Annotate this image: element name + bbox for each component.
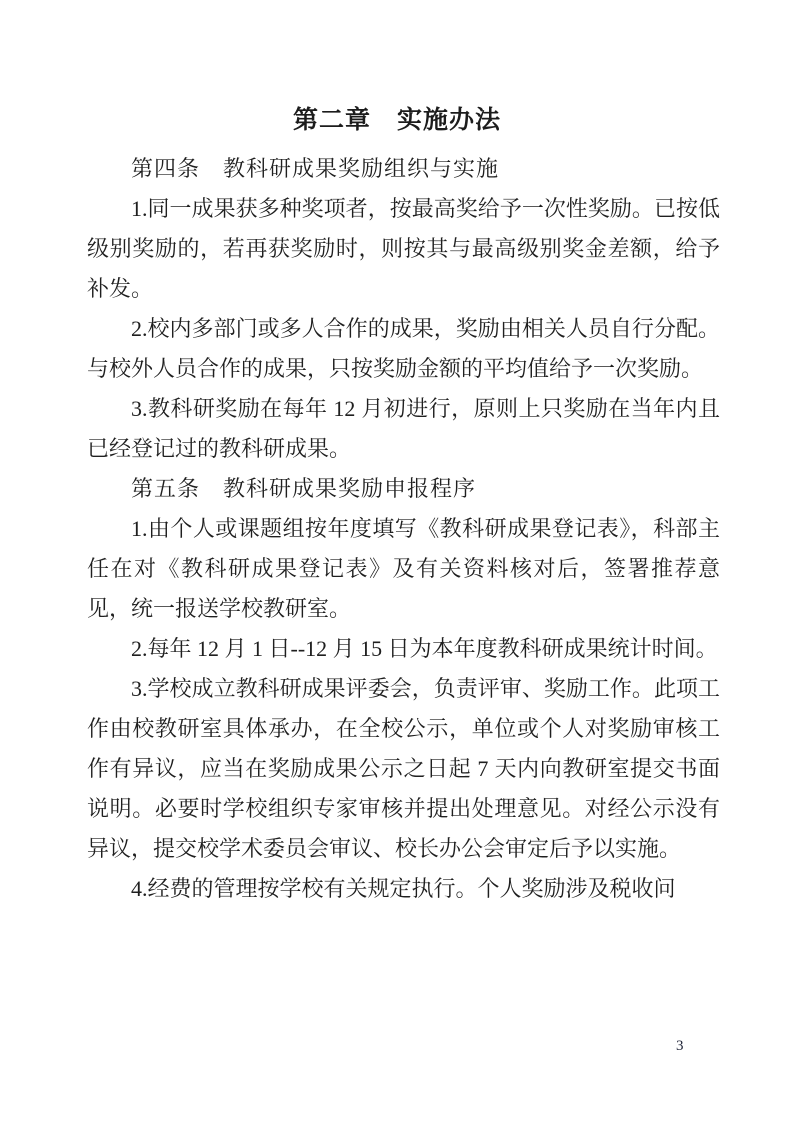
paragraph: 2.校内多部门或多人合作的成果，奖励由相关人员自行分配。与校外人员合作的成果，只… xyxy=(87,309,720,389)
paragraph: 1.同一成果获多种奖项者，按最高奖给予一次性奖励。已按低级别奖励的，若再获奖励时… xyxy=(87,189,720,309)
paragraph: 1.由个人或课题组按年度填写《教科研成果登记表》，科部主任在对《教科研成果登记表… xyxy=(87,509,720,629)
chapter-title: 第二章 实施办法 xyxy=(0,100,794,136)
paragraph: 2.每年 12 月 1 日--12 月 15 日为本年度教科研成果统计时间。 xyxy=(87,629,720,669)
document-page: 第二章 实施办法 第四条 教科研成果奖励组织与实施 1.同一成果获多种奖项者，按… xyxy=(0,0,794,1124)
page-number: 3 xyxy=(676,1038,684,1055)
paragraph: 3.学校成立教科研成果评委会，负责评审、奖励工作。此项工作由校教研室具体承办，在… xyxy=(87,669,720,869)
section-heading-article-5: 第五条 教科研成果奖励申报程序 xyxy=(87,469,720,509)
document-body: 第四条 教科研成果奖励组织与实施 1.同一成果获多种奖项者，按最高奖给予一次性奖… xyxy=(87,149,720,909)
paragraph: 4.经费的管理按学校有关规定执行。个人奖励涉及税收问 xyxy=(87,869,720,909)
paragraph: 3.教科研奖励在每年 12 月初进行，原则上只奖励在当年内且已经登记过的教科研成… xyxy=(87,389,720,469)
section-heading-article-4: 第四条 教科研成果奖励组织与实施 xyxy=(87,149,720,189)
